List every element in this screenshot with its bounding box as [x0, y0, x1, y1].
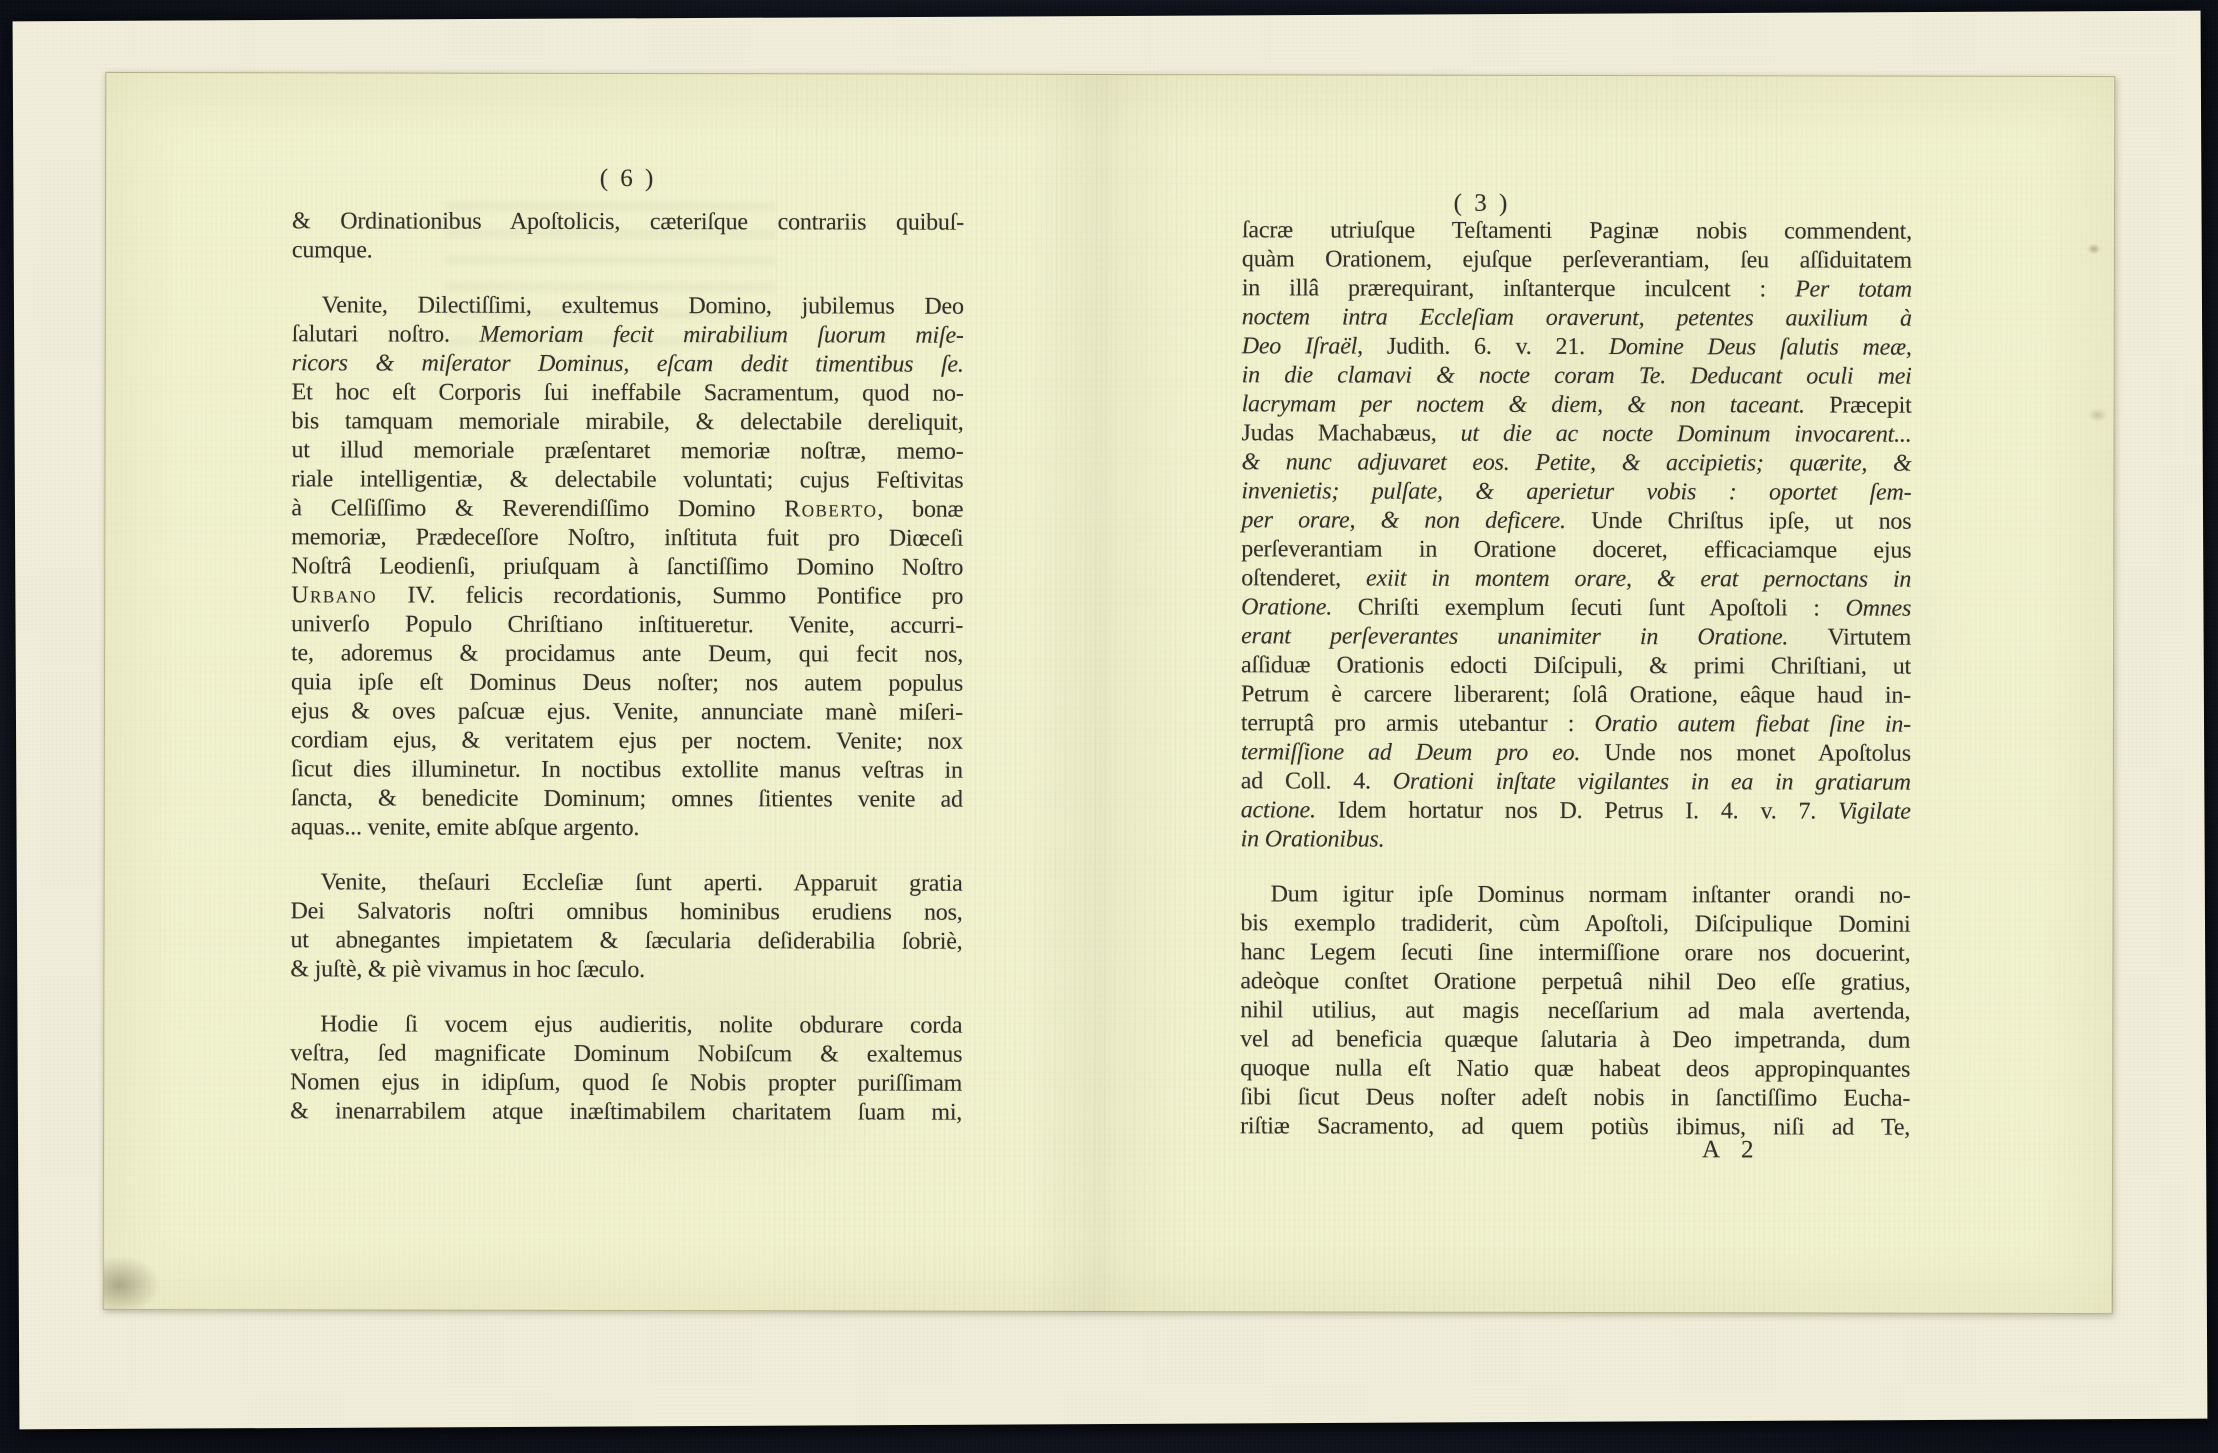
roman-text: adeòque conſtet Oratione perpetuâ nihil …: [1240, 968, 1910, 995]
text-line: & nunc adjuvaret eos. Petite, & accipiet…: [1241, 448, 1911, 478]
roman-text: cordiam ejus, & veritatem ejus per nocte…: [291, 727, 963, 754]
paragraph: Hodie ſi vocem ejus audieritis, nolite o…: [290, 1010, 962, 1127]
text-line: Urbano IV. felicis recordationis, Summo …: [291, 581, 963, 611]
roman-text: Venite, theſauri Eccleſiæ ſunt aperti. A…: [321, 869, 963, 896]
paragraph: Venite, theſauri Eccleſiæ ſunt aperti. A…: [290, 868, 962, 985]
roman-text: veſtra, ſed magnificate Dominum Nobiſcum…: [290, 1040, 962, 1067]
roman-text: te, adoremus & procidamus ante Deum, qui…: [291, 640, 963, 667]
text-line: Dum igitur ipſe Dominus normam inſtanter…: [1241, 880, 1911, 910]
roman-text: ſibi ſicut Deus noſter adeſt nobis in ſa…: [1240, 1084, 1910, 1111]
roman-text: hanc Legem ſecuti ſine intermiſſione ora…: [1240, 939, 1910, 966]
text-line: lacrymam per noctem & diem, & non tacean…: [1242, 390, 1912, 420]
text-line: veſtra, ſed magnificate Dominum Nobiſcum…: [290, 1039, 962, 1069]
text-line: perſeverantiam in Oratione doceret, effi…: [1241, 535, 1911, 565]
text-line: Venite, Dilectiſſimi, exultemus Domino, …: [292, 291, 964, 321]
italic-text: ut die ac nocte Dominum invocarent...: [1461, 421, 1912, 448]
text-line: ſancta, & benedicite Dominum; omnes ſiti…: [291, 784, 963, 814]
italic-text: actione.: [1241, 797, 1338, 823]
text-line: nihil utilius, aut magis neceſſarium ad …: [1240, 996, 1910, 1026]
roman-text: Chriſti exemplum ſecuti ſunt Apoſtoli :: [1358, 595, 1846, 622]
paragraph: ſacræ utriuſque Teſtamenti Paginæ nobis …: [1241, 216, 1912, 855]
text-line: memoriæ, Prædeceſſore Noſtro, inſtituta …: [291, 523, 963, 553]
roman-text: bis tamquam memoriale mirabile, & delect…: [292, 408, 964, 435]
paragraph: Venite, Dilectiſſimi, exultemus Domino, …: [291, 291, 964, 843]
roman-text: quoque nulla eſt Natio quæ habeat deos a…: [1240, 1055, 1910, 1082]
italic-text: per orare, & non deficere.: [1241, 507, 1591, 534]
text-line: quia ipſe eſt Dominus Deus noſter; nos a…: [291, 668, 963, 698]
roman-text: Hodie ſi vocem ejus audieritis, nolite o…: [320, 1011, 962, 1038]
text-line: ut abnegantes impietatem & ſæcularia deſ…: [290, 926, 962, 956]
roman-text: Noſtrâ Leodienſi, priuſquam à ſanctiſſim…: [291, 553, 963, 580]
roman-text: univerſo Populo Chriſtiano inſtitueretur…: [291, 611, 963, 638]
roman-text: Et hoc eſt Corporis ſui ineffabile Sacra…: [292, 379, 964, 406]
roman-text: , bonæ: [877, 497, 963, 523]
text-line: Nomen ejus in idipſum, quod ſe Nobis pro…: [290, 1068, 962, 1098]
text-line: ſibi ſicut Deus noſter adeſt nobis in ſa…: [1240, 1083, 1910, 1113]
roman-text: Unde nos monet Apoſtolus: [1604, 740, 1911, 767]
page-number-left: ( 6 ): [292, 165, 964, 192]
italic-text: Oratione.: [1241, 594, 1358, 620]
italic-text: Orationi inſtate vigilantes in ea in gra…: [1393, 769, 1911, 796]
italic-text: Oratio autem fiebat ſine in-: [1595, 711, 1911, 738]
roman-text: perſeverantiam in Oratione doceret, effi…: [1241, 536, 1911, 563]
roman-text: oſtenderet,: [1241, 565, 1366, 591]
roman-text: ſalutari noſtro.: [292, 321, 480, 347]
italic-text: erant perſeverantes unanimiter in Oratio…: [1241, 623, 1827, 650]
text-line: à Celſiſſimo & Reverendiſſimo Domino Rob…: [291, 494, 963, 524]
italic-text: exiit in montem orare, & erat pernoctans…: [1366, 566, 1911, 593]
roman-text: aquas... venite, emite abſque argento.: [291, 814, 640, 841]
text-line: aquas... venite, emite abſque argento.: [291, 813, 963, 843]
text-line: vel ad beneficia quæque ſalutaria à Deo …: [1240, 1025, 1910, 1055]
italic-text: Per totam: [1795, 276, 1912, 302]
roman-text: memoriæ, Prædeceſſore Noſtro, inſtituta …: [291, 524, 963, 551]
roman-text: nihil utilius, aut magis neceſſarium ad …: [1240, 997, 1910, 1024]
roman-text: Petrum è carcere liberarent; ſolâ Oratio…: [1241, 681, 1911, 708]
text-line: Petrum è carcere liberarent; ſolâ Oratio…: [1241, 680, 1911, 710]
text-line: riſtiæ Sacramento, ad quem potiùs ibimus…: [1240, 1112, 1910, 1142]
book-leaf: ( 6 ) & Ordinationibus Apoſtolicis, cæte…: [103, 72, 2116, 1314]
signature-mark: A 2: [1702, 1136, 1761, 1164]
roman-text: quàm Orationem, ejuſque perſeverantiam, …: [1242, 246, 1912, 273]
small-caps-name: Urbano: [291, 582, 377, 608]
roman-text: Venite, Dilectiſſimi, exultemus Domino, …: [322, 292, 964, 319]
roman-text: riſtiæ Sacramento, ad quem potiùs ibimus…: [1240, 1113, 1910, 1140]
roman-text: bis exemplo tradiderit, cùm Apoſtoli, Di…: [1240, 910, 1910, 937]
roman-text: ſacræ utriuſque Teſtamenti Paginæ nobis …: [1242, 217, 1912, 244]
text-line: oſtenderet, exiit in montem orare, & era…: [1241, 564, 1911, 594]
text-line: termiſſione ad Deum pro eo. Unde nos mon…: [1241, 738, 1911, 768]
roman-text: & inenarrabilem atque inæſtimabilem char…: [290, 1098, 962, 1125]
roman-text: IV. felicis recordationis, Summo Pontifi…: [377, 582, 963, 609]
text-line: Hodie ſi vocem ejus audieritis, nolite o…: [290, 1010, 962, 1040]
roman-text: aſſiduæ Orationis edocti Diſcipuli, & pr…: [1241, 652, 1911, 679]
text-line: ſalutari noſtro. Memoriam fecit mirabili…: [292, 320, 964, 350]
text-line: cordiam ejus, & veritatem ejus per nocte…: [291, 726, 963, 756]
italic-text: termiſſione ad Deum pro eo.: [1241, 739, 1604, 766]
text-line: & juſtè, & piè vivamus in hoc ſæculo.: [290, 955, 962, 985]
page-body-right: ſacræ utriuſque Teſtamenti Paginæ nobis …: [1240, 216, 1912, 1142]
roman-text: ejus & oves paſcuæ ejus. Venite, annunci…: [291, 698, 963, 725]
roman-text: Idem hortatur nos D. Petrus I. 4. v. 7.: [1338, 797, 1838, 824]
text-line: in die clamavi & nocte coram Te. Deducan…: [1242, 361, 1912, 391]
text-line: ſicut dies illuminetur. In noctibus exto…: [291, 755, 963, 785]
page-body-left: & Ordinationibus Apoſtolicis, cæteriſque…: [290, 207, 964, 1127]
small-caps-name: Roberto: [784, 496, 877, 522]
text-line: & inenarrabilem atque inæſtimabilem char…: [290, 1097, 962, 1127]
paragraph: Dum igitur ipſe Dominus normam inſtanter…: [1240, 880, 1911, 1142]
text-line: & Ordinationibus Apoſtolicis, cæteriſque…: [292, 207, 964, 237]
text-line: cumque.: [292, 236, 964, 266]
text-line: ſacræ utriuſque Teſtamenti Paginæ nobis …: [1242, 216, 1912, 246]
roman-text: ut illud memoriale præſentaret memoriæ n…: [291, 437, 963, 464]
roman-text: ad Coll. 4.: [1241, 768, 1393, 794]
text-line: bis exemplo tradiderit, cùm Apoſtoli, Di…: [1240, 909, 1910, 939]
page-number-right: ( 3 ): [1147, 190, 1817, 217]
text-line: per orare, & non deficere. Unde Chriſtus…: [1241, 506, 1911, 536]
roman-text: Unde Chriſtus ipſe, ut nos: [1591, 508, 1911, 535]
text-line: in illâ prærequirant, inſtanterque incul…: [1242, 274, 1912, 304]
roman-text: Virtutem: [1827, 625, 1911, 651]
italic-text: Memoriam fecit mirabilium ſuorum miſe-: [480, 322, 964, 349]
roman-text: à Celſiſſimo & Reverendiſſimo Domino: [291, 495, 784, 522]
italic-text: lacrymam per noctem & diem, & non tacean…: [1242, 391, 1830, 418]
paragraph: & Ordinationibus Apoſtolicis, cæteriſque…: [292, 207, 964, 266]
text-line: ricors & miſerator Dominus, eſcam dedit …: [292, 349, 964, 379]
text-line: noctem intra Eccleſiam oraverunt, petent…: [1242, 303, 1912, 333]
roman-text: & juſtè, & piè vivamus in hoc ſæculo.: [290, 956, 645, 983]
page-left: ( 6 ) & Ordinationibus Apoſtolicis, cæte…: [290, 165, 964, 1127]
roman-text: in illâ prærequirant, inſtanterque incul…: [1242, 275, 1795, 302]
roman-text: Præcepit: [1829, 393, 1911, 419]
roman-text: Dum igitur ipſe Dominus normam inſtanter…: [1271, 881, 1911, 908]
italic-text: Vigilate: [1838, 799, 1911, 825]
italic-text: in Orationibus.: [1241, 826, 1385, 852]
roman-text: quia ipſe eſt Dominus Deus noſter; nos a…: [291, 669, 963, 696]
text-line: ad Coll. 4. Orationi inſtate vigilantes …: [1241, 767, 1911, 797]
italic-text: Domine Deus ſalutis meæ,: [1609, 334, 1912, 361]
text-line: te, adoremus & procidamus ante Deum, qui…: [291, 639, 963, 669]
text-line: bis tamquam memoriale mirabile, & delect…: [292, 407, 964, 437]
text-line: in Orationibus.: [1241, 825, 1911, 855]
roman-text: Nomen ejus in idipſum, quod ſe Nobis pro…: [290, 1069, 962, 1096]
roman-text: Dei Salvatoris noſtri omnibus hominibus …: [291, 898, 963, 925]
roman-text: vel ad beneficia quæque ſalutaria à Deo …: [1240, 1026, 1910, 1053]
text-line: aſſiduæ Orationis edocti Diſcipuli, & pr…: [1241, 651, 1911, 681]
text-line: ut illud memoriale præſentaret memoriæ n…: [291, 436, 963, 466]
text-line: Et hoc eſt Corporis ſui ineffabile Sacra…: [292, 378, 964, 408]
text-line: adeòque conſtet Oratione perpetuâ nihil …: [1240, 967, 1910, 997]
italic-text: noctem intra Eccleſiam oraverunt, petent…: [1242, 304, 1912, 331]
roman-text: riale intelligentiæ, & delectabile volun…: [291, 466, 963, 493]
text-line: Dei Salvatoris noſtri omnibus hominibus …: [291, 897, 963, 927]
text-line: Judas Machabæus, ut die ac nocte Dominum…: [1242, 419, 1912, 449]
text-line: ejus & oves paſcuæ ejus. Venite, annunci…: [291, 697, 963, 727]
italic-text: in die clamavi & nocte coram Te. Deducan…: [1242, 362, 1912, 389]
text-line: invenietis; pulſate, & aperietur vobis :…: [1241, 477, 1911, 507]
roman-text: ut abnegantes impietatem & ſæcularia deſ…: [290, 927, 962, 954]
text-line: hanc Legem ſecuti ſine intermiſſione ora…: [1240, 938, 1910, 968]
text-line: Venite, theſauri Eccleſiæ ſunt aperti. A…: [291, 868, 963, 898]
roman-text: Judas Machabæus,: [1242, 420, 1461, 446]
italic-text: invenietis; pulſate, & aperietur vobis :…: [1241, 478, 1911, 505]
roman-text: terruptâ pro armis utebantur :: [1241, 710, 1595, 737]
text-line: terruptâ pro armis utebantur : Oratio au…: [1241, 709, 1911, 739]
text-line: univerſo Populo Chriſtiano inſtitueretur…: [291, 610, 963, 640]
text-line: quoque nulla eſt Natio quæ habeat deos a…: [1240, 1054, 1910, 1084]
text-line: riale intelligentiæ, & delectabile volun…: [291, 465, 963, 495]
italic-text: ricors & miſerator Dominus, eſcam dedit …: [292, 350, 964, 377]
page-right: ( 3 ) ſacræ utriuſque Teſtamenti Paginæ …: [1240, 190, 1912, 1142]
text-line: Oratione. Chriſti exemplum ſecuti ſunt A…: [1241, 593, 1911, 623]
text-line: Deo Iſraël, Judith. 6. v. 21. Domine Deu…: [1242, 332, 1912, 362]
roman-text: & Ordinationibus Apoſtolicis, cæteriſque…: [292, 208, 964, 235]
text-line: actione. Idem hortatur nos D. Petrus I. …: [1241, 796, 1911, 826]
italic-text: Omnes: [1845, 596, 1911, 622]
roman-text: ſicut dies illuminetur. In noctibus exto…: [291, 756, 963, 783]
roman-text: , Judith. 6. v. 21.: [1357, 334, 1609, 361]
italic-text: Deo Iſraël: [1242, 333, 1357, 359]
text-line: quàm Orationem, ejuſque perſeverantiam, …: [1242, 245, 1912, 275]
roman-text: ſancta, & benedicite Dominum; omnes ſiti…: [291, 785, 963, 812]
italic-text: & nunc adjuvaret eos. Petite, & accipiet…: [1241, 449, 1911, 476]
roman-text: cumque.: [292, 237, 373, 263]
text-line: erant perſeverantes unanimiter in Oratio…: [1241, 622, 1911, 652]
text-line: Noſtrâ Leodienſi, priuſquam à ſanctiſſim…: [291, 552, 963, 582]
